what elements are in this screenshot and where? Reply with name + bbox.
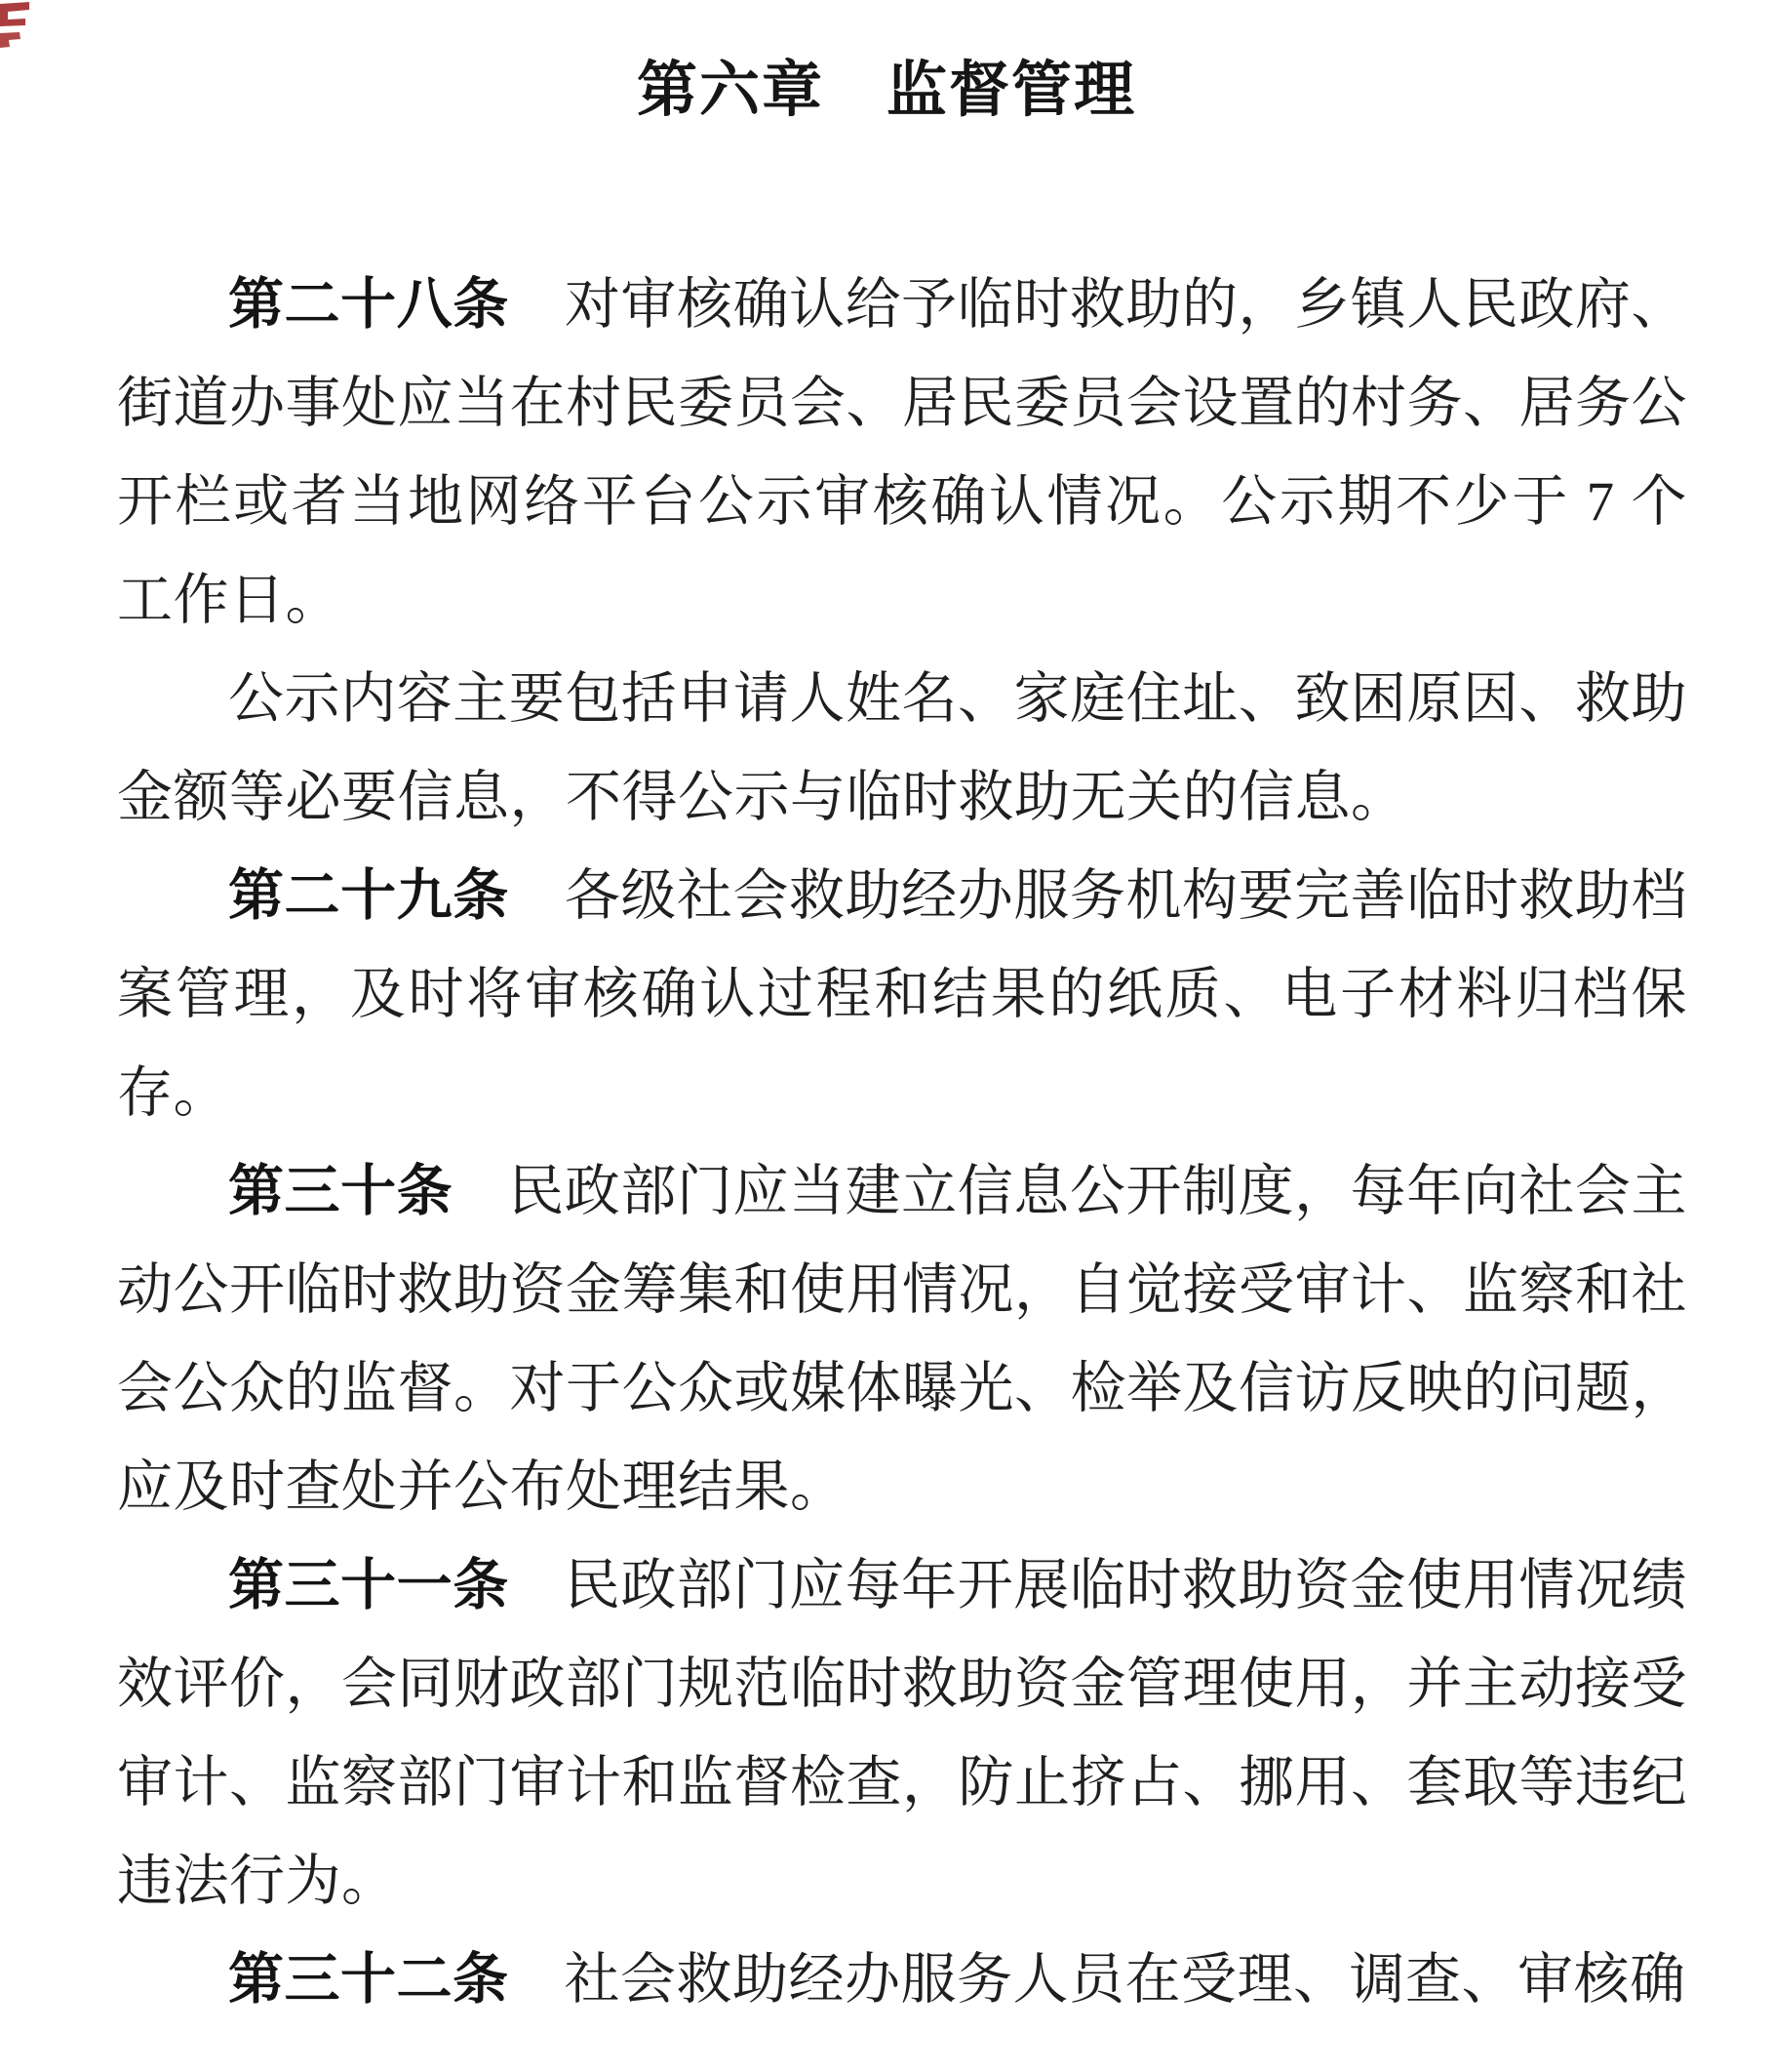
red-seal-fragment-icon xyxy=(0,0,45,59)
article-number: 第三十二条 xyxy=(228,1949,509,2011)
article-text: 公示内容主要包括申请人姓名、家庭住址、致困原因、救助金额等必要信息，不得公示与临… xyxy=(117,668,1687,828)
article-paragraph-28: 第二十八条对审核确认给予临时救助的，乡镇人民政府、街道办事处应当在村民委员会、居… xyxy=(117,256,1687,650)
article-paragraph-29: 第二十九条各级社会救助经办服务机构要完善临时救助档案管理，及时将审核确认过程和结… xyxy=(117,847,1687,1142)
article-number: 第二十九条 xyxy=(228,865,509,927)
document-page: 第六章 监督管理 第二十八条对审核确认给予临时救助的，乡镇人民政府、街道办事处应… xyxy=(0,0,1773,2072)
article-number: 第二十八条 xyxy=(228,274,509,336)
article-text: 社会救助经办服务人员在受理、调查、审核确 xyxy=(565,1949,1686,2011)
article-number: 第三十一条 xyxy=(228,1555,509,1616)
chapter-title: 第六章 监督管理 xyxy=(0,57,1773,125)
article-paragraph-28-sub: 公示内容主要包括申请人姓名、家庭住址、致困原因、救助金额等必要信息，不得公示与临… xyxy=(117,650,1687,847)
document-body: 第二十八条对审核确认给予临时救助的，乡镇人民政府、街道办事处应当在村民委员会、居… xyxy=(117,256,1687,2029)
article-paragraph-31: 第三十一条民政部门应每年开展临时救助资金使用情况绩效评价，会同财政部门规范临时救… xyxy=(117,1536,1687,1931)
article-paragraph-32: 第三十二条社会救助经办服务人员在受理、调查、审核确 xyxy=(117,1931,1687,2029)
article-number: 第三十条 xyxy=(228,1161,453,1222)
article-paragraph-30: 第三十条民政部门应当建立信息公开制度，每年向社会主动公开临时救助资金筹集和使用情… xyxy=(117,1142,1687,1536)
